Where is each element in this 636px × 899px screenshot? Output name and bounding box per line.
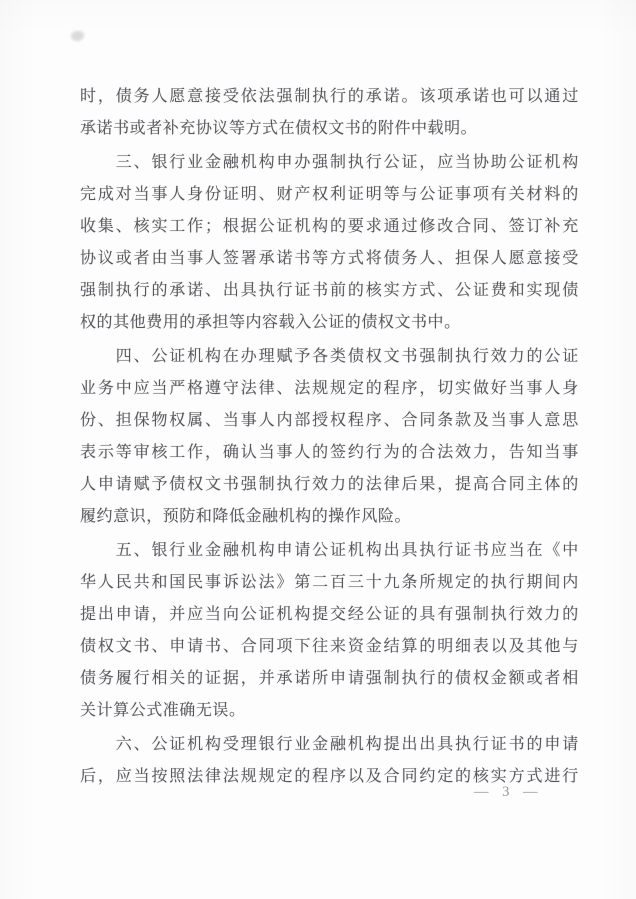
document-text-line: 债务履行相关的证据，并承诺所申请强制执行的债权金额或者相 [80,663,582,695]
page-number: — 3 — [474,784,543,800]
document-text-line: 六、公证机构受理银行业金融机构提出出具执行证书的申请 [80,729,582,761]
document-text-line: 关计算公式准确无误。 [80,695,582,727]
document-text-line: 表示等审核工作，确认当事人的签约行为的合法效力，告知当事 [80,437,582,469]
document-text-line: 债权文书、申请书、合同项下往来资金结算的明细表以及其他与 [80,631,582,663]
scan-artifact-smudge [71,31,84,41]
document-text-line: 提出申请，并应当向公证机构提交经公证的具有强制执行效力的 [80,599,582,631]
document-text-line: 履约意识，预防和降低金融机构的操作风险。 [80,501,582,533]
document-text-line: 承诺书或者补充协议等方式在债权文书的附件中载明。 [80,113,582,145]
document-text-line: 时，债务人愿意接受依法强制执行的承诺。该项承诺也可以通过 [80,81,582,113]
document-text-block: 时，债务人愿意接受依法强制执行的承诺。该项承诺也可以通过承诺书或者补充协议等方式… [80,81,582,793]
document-text-line: 完成对当事人身份证明、财产权利证明等与公证事项有关材料的 [80,179,582,211]
document-text-line: 五、银行业金融机构申请公证机构出具执行证书应当在《中 [80,535,582,567]
document-text-line: 份、担保物权属、当事人内部授权程序、合同条款及当事人意思 [80,405,582,437]
document-text-line: 强制执行的承诺、出具执行证书前的核实方式、公证费和实现债 [80,275,582,307]
document-text-line: 人申请赋予债权文书强制执行效力的法律后果，提高合同主体的 [80,469,582,501]
scanned-document-page: 时，债务人愿意接受依法强制执行的承诺。该项承诺也可以通过承诺书或者补充协议等方式… [0,0,636,899]
document-text-line: 权的其他费用的承担等内容载入公证的债权文书中。 [80,307,582,339]
document-text-line: 华人民共和国民事诉讼法》第二百三十九条所规定的执行期间内 [80,567,582,599]
document-text-line: 四、公证机构在办理赋予各类债权文书强制执行效力的公证 [80,341,582,373]
document-text-line: 三、银行业金融机构申办强制执行公证，应当协助公证机构 [80,147,582,179]
document-text-line: 收集、核实工作；根据公证机构的要求通过修改合同、签订补充 [80,211,582,243]
document-text-line: 协议或者由当事人签署承诺书等方式将债务人、担保人愿意接受 [80,243,582,275]
document-text-line: 业务中应当严格遵守法律、法规规定的程序，切实做好当事人身 [80,373,582,405]
